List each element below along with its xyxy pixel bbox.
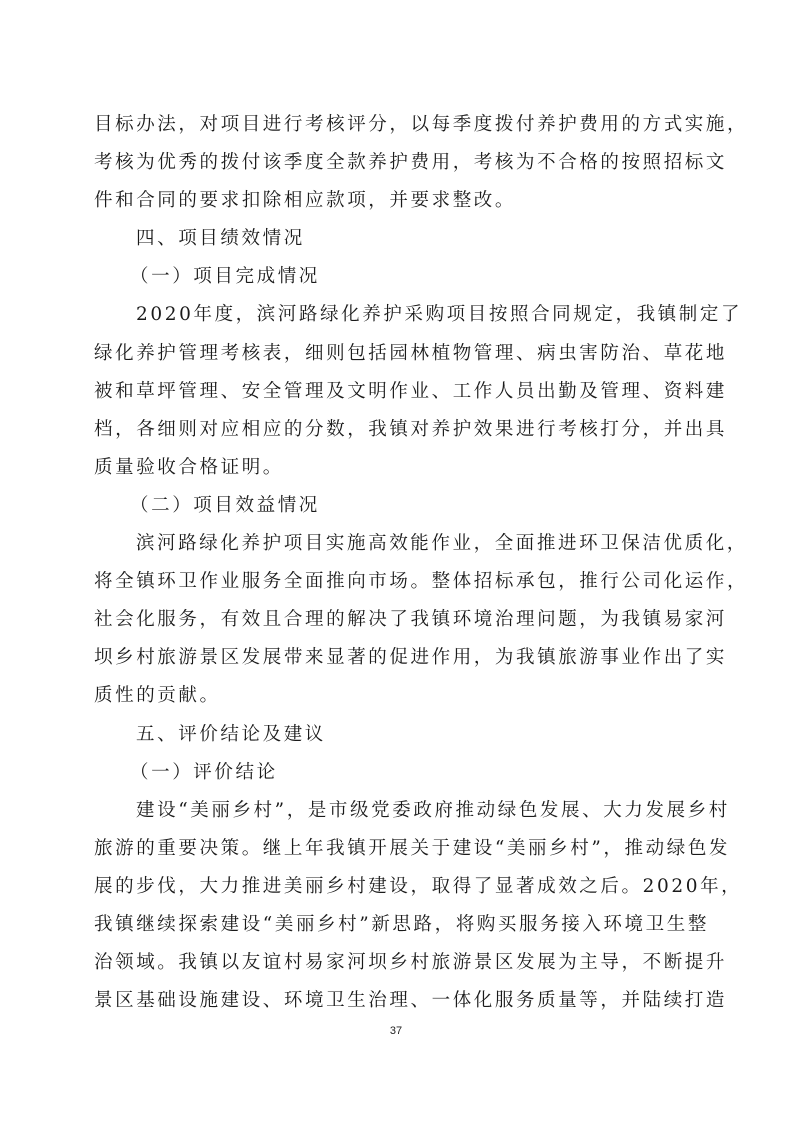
paragraph-line: 景区基础设施建设、环境卫生治理、一体化服务质量等，并陆续打造 xyxy=(94,982,736,1020)
page-number: 37 xyxy=(0,1025,792,1037)
section-heading-5: 五、评价结论及建议 xyxy=(94,716,736,754)
paragraph-line: 建设“美丽乡村”，是市级党委政府推动绿色发展、大力发展乡村 xyxy=(94,792,736,830)
paragraph-line: 将全镇环卫作业服务全面推向市场。整体招标承包，推行公司化运作， xyxy=(94,563,736,601)
paragraph-line: 滨河路绿化养护项目实施高效能作业，全面推进环卫保洁优质化， xyxy=(94,525,736,563)
paragraph-line: 档，各细则对应相应的分数，我镇对养护效果进行考核打分，并出具 xyxy=(94,411,736,449)
section-heading-4: 四、项目绩效情况 xyxy=(94,220,736,258)
paragraph-line: 目标办法，对项目进行考核评分，以每季度拨付养护费用的方式实施， xyxy=(94,106,736,144)
paragraph-line: 旅游的重要决策。继上年我镇开展关于建设“美丽乡村”，推动绿色发 xyxy=(94,830,736,868)
paragraph-line: 2020年度，滨河路绿化养护采购项目按照合同规定，我镇制定了 xyxy=(94,296,736,334)
document-body: 目标办法，对项目进行考核评分，以每季度拨付养护费用的方式实施， 考核为优秀的拨付… xyxy=(94,106,736,1020)
subsection-heading-completion: （一）项目完成情况 xyxy=(94,258,736,296)
subsection-heading-conclusion: （一）评价结论 xyxy=(94,754,736,792)
paragraph-line: 质性的贡献。 xyxy=(94,677,736,715)
paragraph-line: 我镇继续探索建设“美丽乡村”新思路，将购买服务接入环境卫生整 xyxy=(94,906,736,944)
paragraph-line: 展的步伐，大力推进美丽乡村建设，取得了显著成效之后。2020年， xyxy=(94,868,736,906)
paragraph-line: 治领域。我镇以友谊村易家河坝乡村旅游景区发展为主导，不断提升 xyxy=(94,944,736,982)
paragraph-line: 质量验收合格证明。 xyxy=(94,449,736,487)
paragraph-line: 件和合同的要求扣除相应款项，并要求整改。 xyxy=(94,182,736,220)
paragraph-line: 绿化养护管理考核表，细则包括园林植物管理、病虫害防治、草花地 xyxy=(94,335,736,373)
paragraph-line: 坝乡村旅游景区发展带来显著的促进作用，为我镇旅游事业作出了实 xyxy=(94,639,736,677)
subsection-heading-benefits: （二）项目效益情况 xyxy=(94,487,736,525)
paragraph-line: 社会化服务，有效且合理的解决了我镇环境治理问题，为我镇易家河 xyxy=(94,601,736,639)
paragraph-line: 考核为优秀的拨付该季度全款养护费用，考核为不合格的按照招标文 xyxy=(94,144,736,182)
paragraph-line: 被和草坪管理、安全管理及文明作业、工作人员出勤及管理、资料建 xyxy=(94,373,736,411)
